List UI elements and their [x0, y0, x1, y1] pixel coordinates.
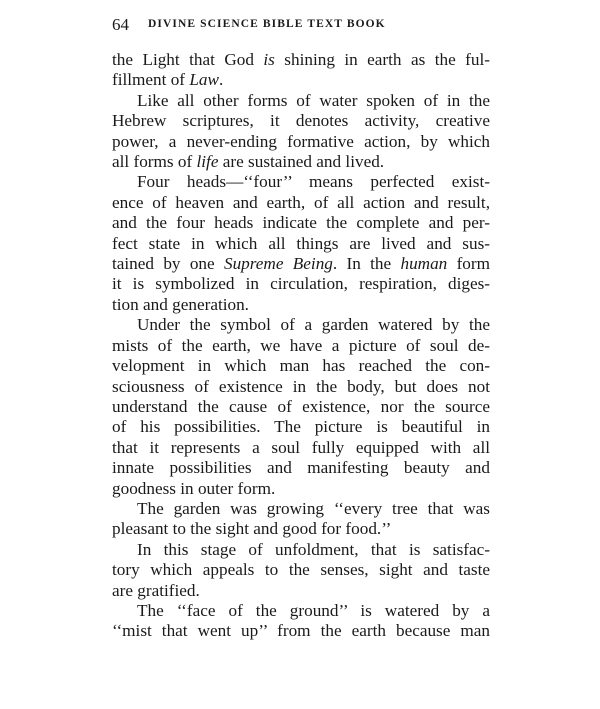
text-line: Like all other forms of water spoken of … — [112, 91, 490, 111]
emphasis: human — [400, 254, 447, 273]
text-line: tory which appeals to the senses, sight … — [112, 560, 490, 580]
text-line: fect state in which all things are lived… — [112, 234, 490, 254]
text-line: Four heads—‘‘four’’ means perfected exis… — [112, 172, 490, 192]
running-head: 64 DIVINE SCIENCE BIBLE TEXT BOOK — [112, 15, 490, 37]
running-head-title: DIVINE SCIENCE BIBLE TEXT BOOK — [148, 18, 386, 30]
text-line: understand the cause of existence, nor t… — [112, 397, 490, 417]
text-line: fillment of Law. — [112, 70, 490, 90]
text-line: The garden was growing ‘‘every tree that… — [112, 499, 490, 519]
text-line: goodness in outer form. — [112, 479, 490, 499]
text-line: ‘‘mist that went up’’ from the earth bec… — [112, 621, 490, 641]
text-line: it is symbolized in circulation, respira… — [112, 274, 490, 294]
text-line: the Light that God is shining in earth a… — [112, 50, 490, 70]
paragraph: Four heads—‘‘four’’ means perfected exis… — [112, 172, 490, 315]
paragraph: Like all other forms of water spoken of … — [112, 91, 490, 173]
emphasis: Supreme Being — [224, 254, 333, 273]
text-line: Hebrew scriptures, it denotes activity, … — [112, 111, 490, 131]
text-line: of his possibilities. The picture is bea… — [112, 417, 490, 437]
text-line: are gratified. — [112, 581, 490, 601]
text-line: Under the symbol of a garden watered by … — [112, 315, 490, 335]
text-line: pleasant to the sight and good for food.… — [112, 519, 490, 539]
text-line: ence of heaven and earth, of all action … — [112, 193, 490, 213]
text-line: innate possibilities and manifesting bea… — [112, 458, 490, 478]
text-line: tained by one Supreme Being. In the huma… — [112, 254, 490, 274]
body-text: the Light that God is shining in earth a… — [112, 50, 490, 642]
paragraph: The ‘‘face of the ground’’ is watered by… — [112, 601, 490, 642]
text-line: power, a never-ending formative action, … — [112, 132, 490, 152]
paragraph: The garden was growing ‘‘every tree that… — [112, 499, 490, 540]
paragraph: In this stage of unfoldment, that is sat… — [112, 540, 490, 601]
paragraph: Under the symbol of a garden watered by … — [112, 315, 490, 499]
text-line: The ‘‘face of the ground’’ is watered by… — [112, 601, 490, 621]
text-line: mists of the earth, we have a picture of… — [112, 336, 490, 356]
text-line: and the four heads indicate the complete… — [112, 213, 490, 233]
text-line: that it represents a soul fully equipped… — [112, 438, 490, 458]
text-line: all forms of life are sustained and live… — [112, 152, 490, 172]
emphasis: life — [197, 152, 219, 171]
paragraph: the Light that God is shining in earth a… — [112, 50, 490, 91]
text-line: tion and generation. — [112, 295, 490, 315]
text-line: sciousness of existence in the body, but… — [112, 377, 490, 397]
emphasis: Law — [189, 70, 219, 89]
text-line: In this stage of unfoldment, that is sat… — [112, 540, 490, 560]
page-number: 64 — [112, 15, 129, 35]
emphasis: is — [263, 50, 274, 69]
text-line: velopment in which man has reached the c… — [112, 356, 490, 376]
